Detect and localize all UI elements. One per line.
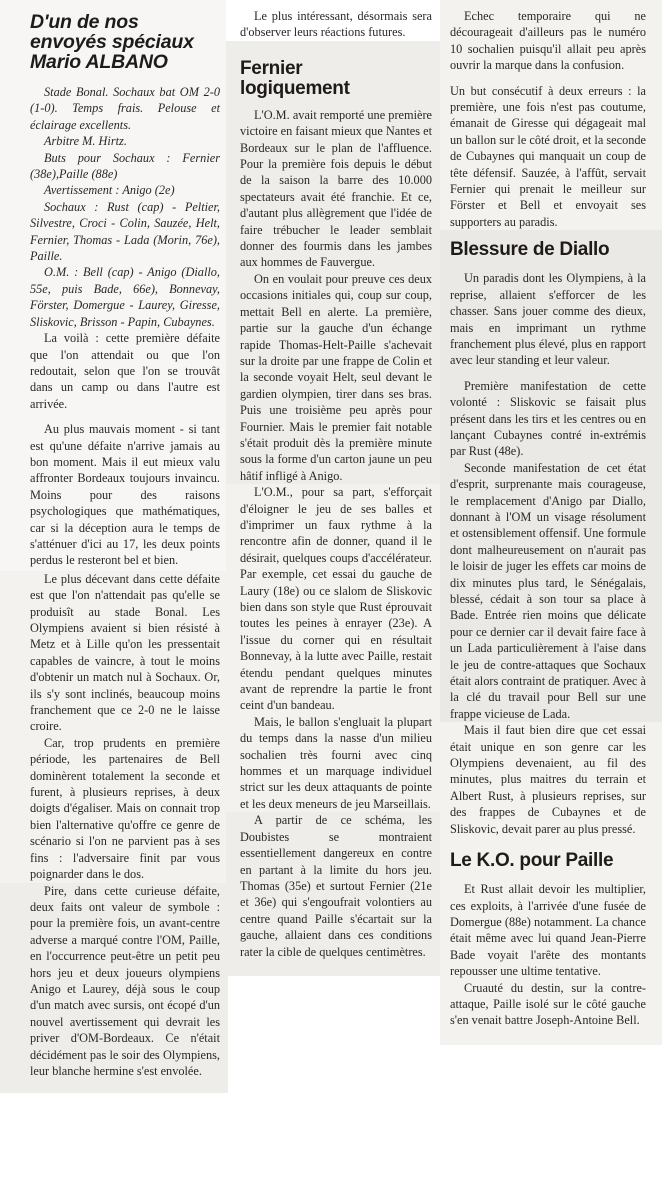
column-right: Echec temporaire qui ne décourageait d'a… (440, 0, 662, 1045)
match-info: O.M. : Bell (cap) - Anigo (Diallo, 55e, … (30, 264, 220, 330)
paragraph: On en voulait pour preuve ces deux occas… (240, 271, 432, 484)
column-left: D'un de nos envoyés spéciaux Mario ALBAN… (0, 0, 228, 1093)
match-info: Stade Bonal. Sochaux bat OM 2-0 (1-0). T… (30, 84, 220, 133)
text-strip: L'O.M., pour sa part, s'efforçait d'éloi… (226, 484, 442, 812)
text-strip: Le plus intéressant, désormais sera d'ob… (226, 0, 442, 41)
paragraph: Mais il faut bien dire que cet essai éta… (450, 722, 646, 837)
paragraph: Au plus mauvais moment - si tant est qu'… (30, 421, 220, 569)
section-heading-line: Fernier (240, 59, 432, 79)
byline-block: D'un de nos envoyés spéciaux Mario ALBAN… (0, 0, 228, 571)
paragraph: Cruauté du destin, sur la contre-attaque… (450, 980, 646, 1029)
paragraph: L'O.M. avait remporté une première victo… (240, 107, 432, 271)
paragraph: Et Rust allait devoir les multiplier, ce… (450, 881, 646, 979)
byline-line: D'un de nos (30, 12, 220, 32)
paragraph: Première manifestation de cette volonté … (450, 378, 646, 460)
column-middle: Le plus intéressant, désormais sera d'ob… (226, 0, 442, 976)
text-strip: Mais il faut bien dire que cet essai éta… (440, 722, 662, 1045)
section-heading-line: logiquement (240, 79, 432, 99)
paragraph: La voilà : cette première défaite que l'… (30, 330, 220, 412)
text-strip: A partir de ce schéma, les Doubistes se … (226, 812, 442, 976)
section-heading: Fernier logiquement (240, 59, 432, 99)
paragraph: Echec temporaire qui ne décourageait d'a… (450, 8, 646, 74)
text-strip: Le plus décevant dans cette défaite est … (0, 571, 228, 883)
text-strip: Echec temporaire qui ne décourageait d'a… (440, 0, 662, 230)
paragraph: Un paradis dont les Olympiens, à la repr… (450, 270, 646, 368)
paragraph: Le plus intéressant, désormais sera d'ob… (240, 8, 432, 41)
paragraph: Car, trop prudents en première période, … (30, 735, 220, 883)
paragraph: Pire, dans cette curieuse défaite, deux … (30, 883, 220, 1080)
match-info: Buts pour Sochaux : Fernier (38e),Paille… (30, 150, 220, 183)
paragraph: Le plus décevant dans cette défaite est … (30, 571, 220, 735)
paragraph: Un but consécutif à deux erreurs : la pr… (450, 83, 646, 231)
paragraph: Seconde manifestation de cet état d'espr… (450, 460, 646, 723)
text-strip: Blessure de Diallo Un paradis dont les O… (440, 230, 662, 722)
match-info: Avertissement : Anigo (2e) (30, 182, 220, 198)
section-heading: Le K.O. pour Paille (450, 851, 646, 871)
paragraph: L'O.M., pour sa part, s'efforçait d'éloi… (240, 484, 432, 714)
section-heading: Blessure de Diallo (450, 240, 646, 260)
paragraph: Mais, le ballon s'engluait la plupart du… (240, 714, 432, 812)
match-info: Arbitre M. Hirtz. (30, 133, 220, 149)
text-strip: Fernier logiquement L'O.M. avait remport… (226, 41, 442, 484)
byline-heading: D'un de nos envoyés spéciaux Mario ALBAN… (30, 0, 220, 84)
paragraph: A partir de ce schéma, les Doubistes se … (240, 812, 432, 960)
match-info: Sochaux : Rust (cap) - Peltier, Silvestr… (30, 199, 220, 265)
text-strip: Pire, dans cette curieuse défaite, deux … (0, 883, 228, 1094)
byline-line: Mario ALBANO (30, 52, 220, 72)
byline-line: envoyés spéciaux (30, 32, 220, 52)
